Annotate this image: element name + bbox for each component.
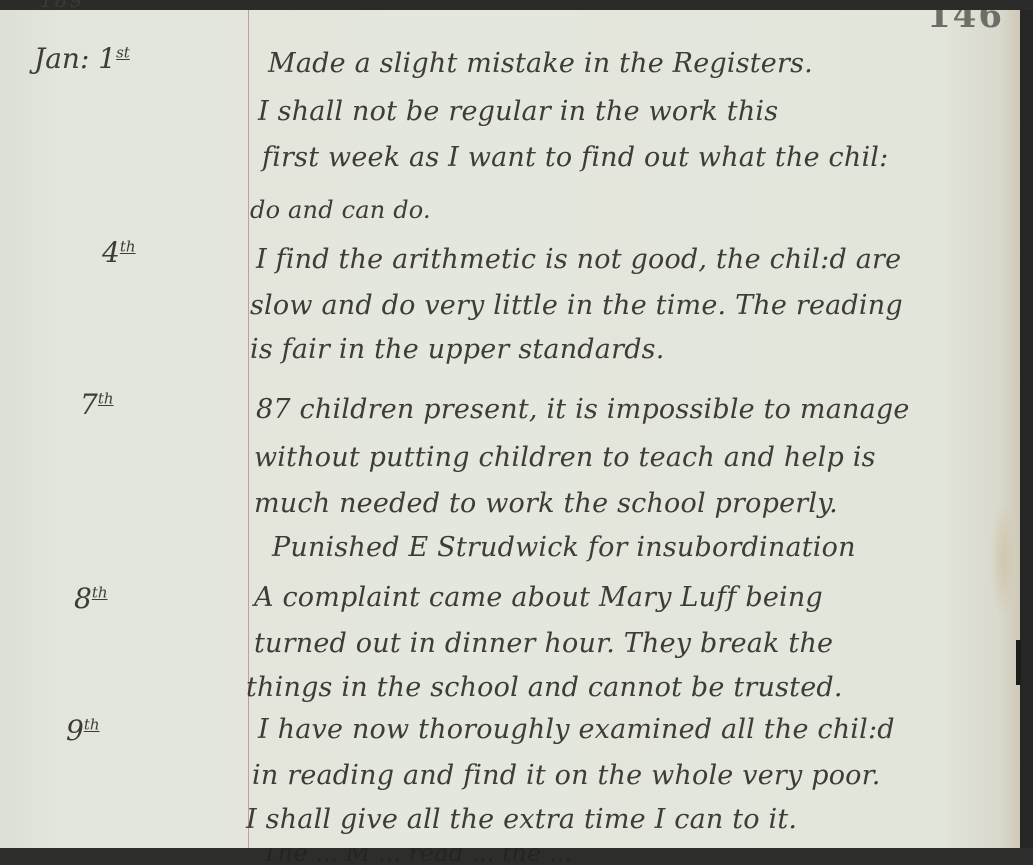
date-suffix: th (98, 390, 114, 408)
entry-line: much needed to work the school properly. (254, 490, 838, 517)
binding-tab (1016, 640, 1021, 685)
entry-line: 87 children present, it is impossible to… (256, 396, 910, 423)
entry-line: first week as I want to find out what th… (262, 144, 888, 171)
logbook-page: 146 Jan: 1st Made a slight mistake in th… (0, 10, 1020, 848)
page-edge-right (1020, 0, 1033, 865)
entry-line: Punished E Strudwick for insubordination (272, 534, 856, 561)
entry-date: 7th (80, 388, 114, 421)
date-text: Jan: 1 (34, 42, 116, 75)
document-viewport: 146 Jan: 1st Made a slight mistake in th… (0, 0, 1033, 865)
entry-date: 9th (66, 714, 100, 747)
entry-line: slow and do very little in the time. The… (250, 292, 903, 319)
entry-date: 4th (102, 236, 136, 269)
date-text: 7 (80, 388, 98, 421)
entry-date: Jan: 1st (34, 42, 130, 75)
date-text: 4 (102, 236, 120, 269)
entry-line: is fair in the upper standards. (250, 336, 665, 363)
date-text: 8 (74, 582, 92, 615)
paper-stain (990, 500, 1016, 620)
entry-date: 8th (74, 582, 108, 615)
year-fragment: 189 (40, 0, 84, 12)
entry-line: things in the school and cannot be trust… (246, 674, 843, 701)
entry-line: turned out in dinner hour. They break th… (254, 630, 833, 657)
entry-line: I shall not be regular in the work this (258, 98, 778, 125)
entry-line: do and can do. (250, 198, 431, 222)
cropped-next-line: The ... M ... read ... the ... (262, 848, 572, 865)
date-suffix: th (92, 584, 108, 602)
entry-line: Made a slight mistake in the Registers. (268, 50, 813, 77)
entry-line: A complaint came about Mary Luff being (254, 584, 823, 611)
entry-line: I have now thoroughly examined all the c… (258, 716, 895, 743)
entry-line: I find the arithmetic is not good, the c… (256, 246, 901, 273)
date-text: 9 (66, 714, 84, 747)
bottom-scan-border: The ... M ... read ... the ... (0, 848, 1033, 865)
top-scan-border: 189 (0, 0, 1033, 10)
entry-line: in reading and find it on the whole very… (252, 762, 881, 789)
margin-rule (248, 10, 249, 848)
entry-line: without putting children to teach and he… (254, 444, 876, 471)
entry-line: I shall give all the extra time I can to… (246, 806, 797, 833)
date-suffix: st (116, 44, 130, 62)
date-suffix: th (84, 716, 100, 734)
date-suffix: th (120, 238, 136, 256)
